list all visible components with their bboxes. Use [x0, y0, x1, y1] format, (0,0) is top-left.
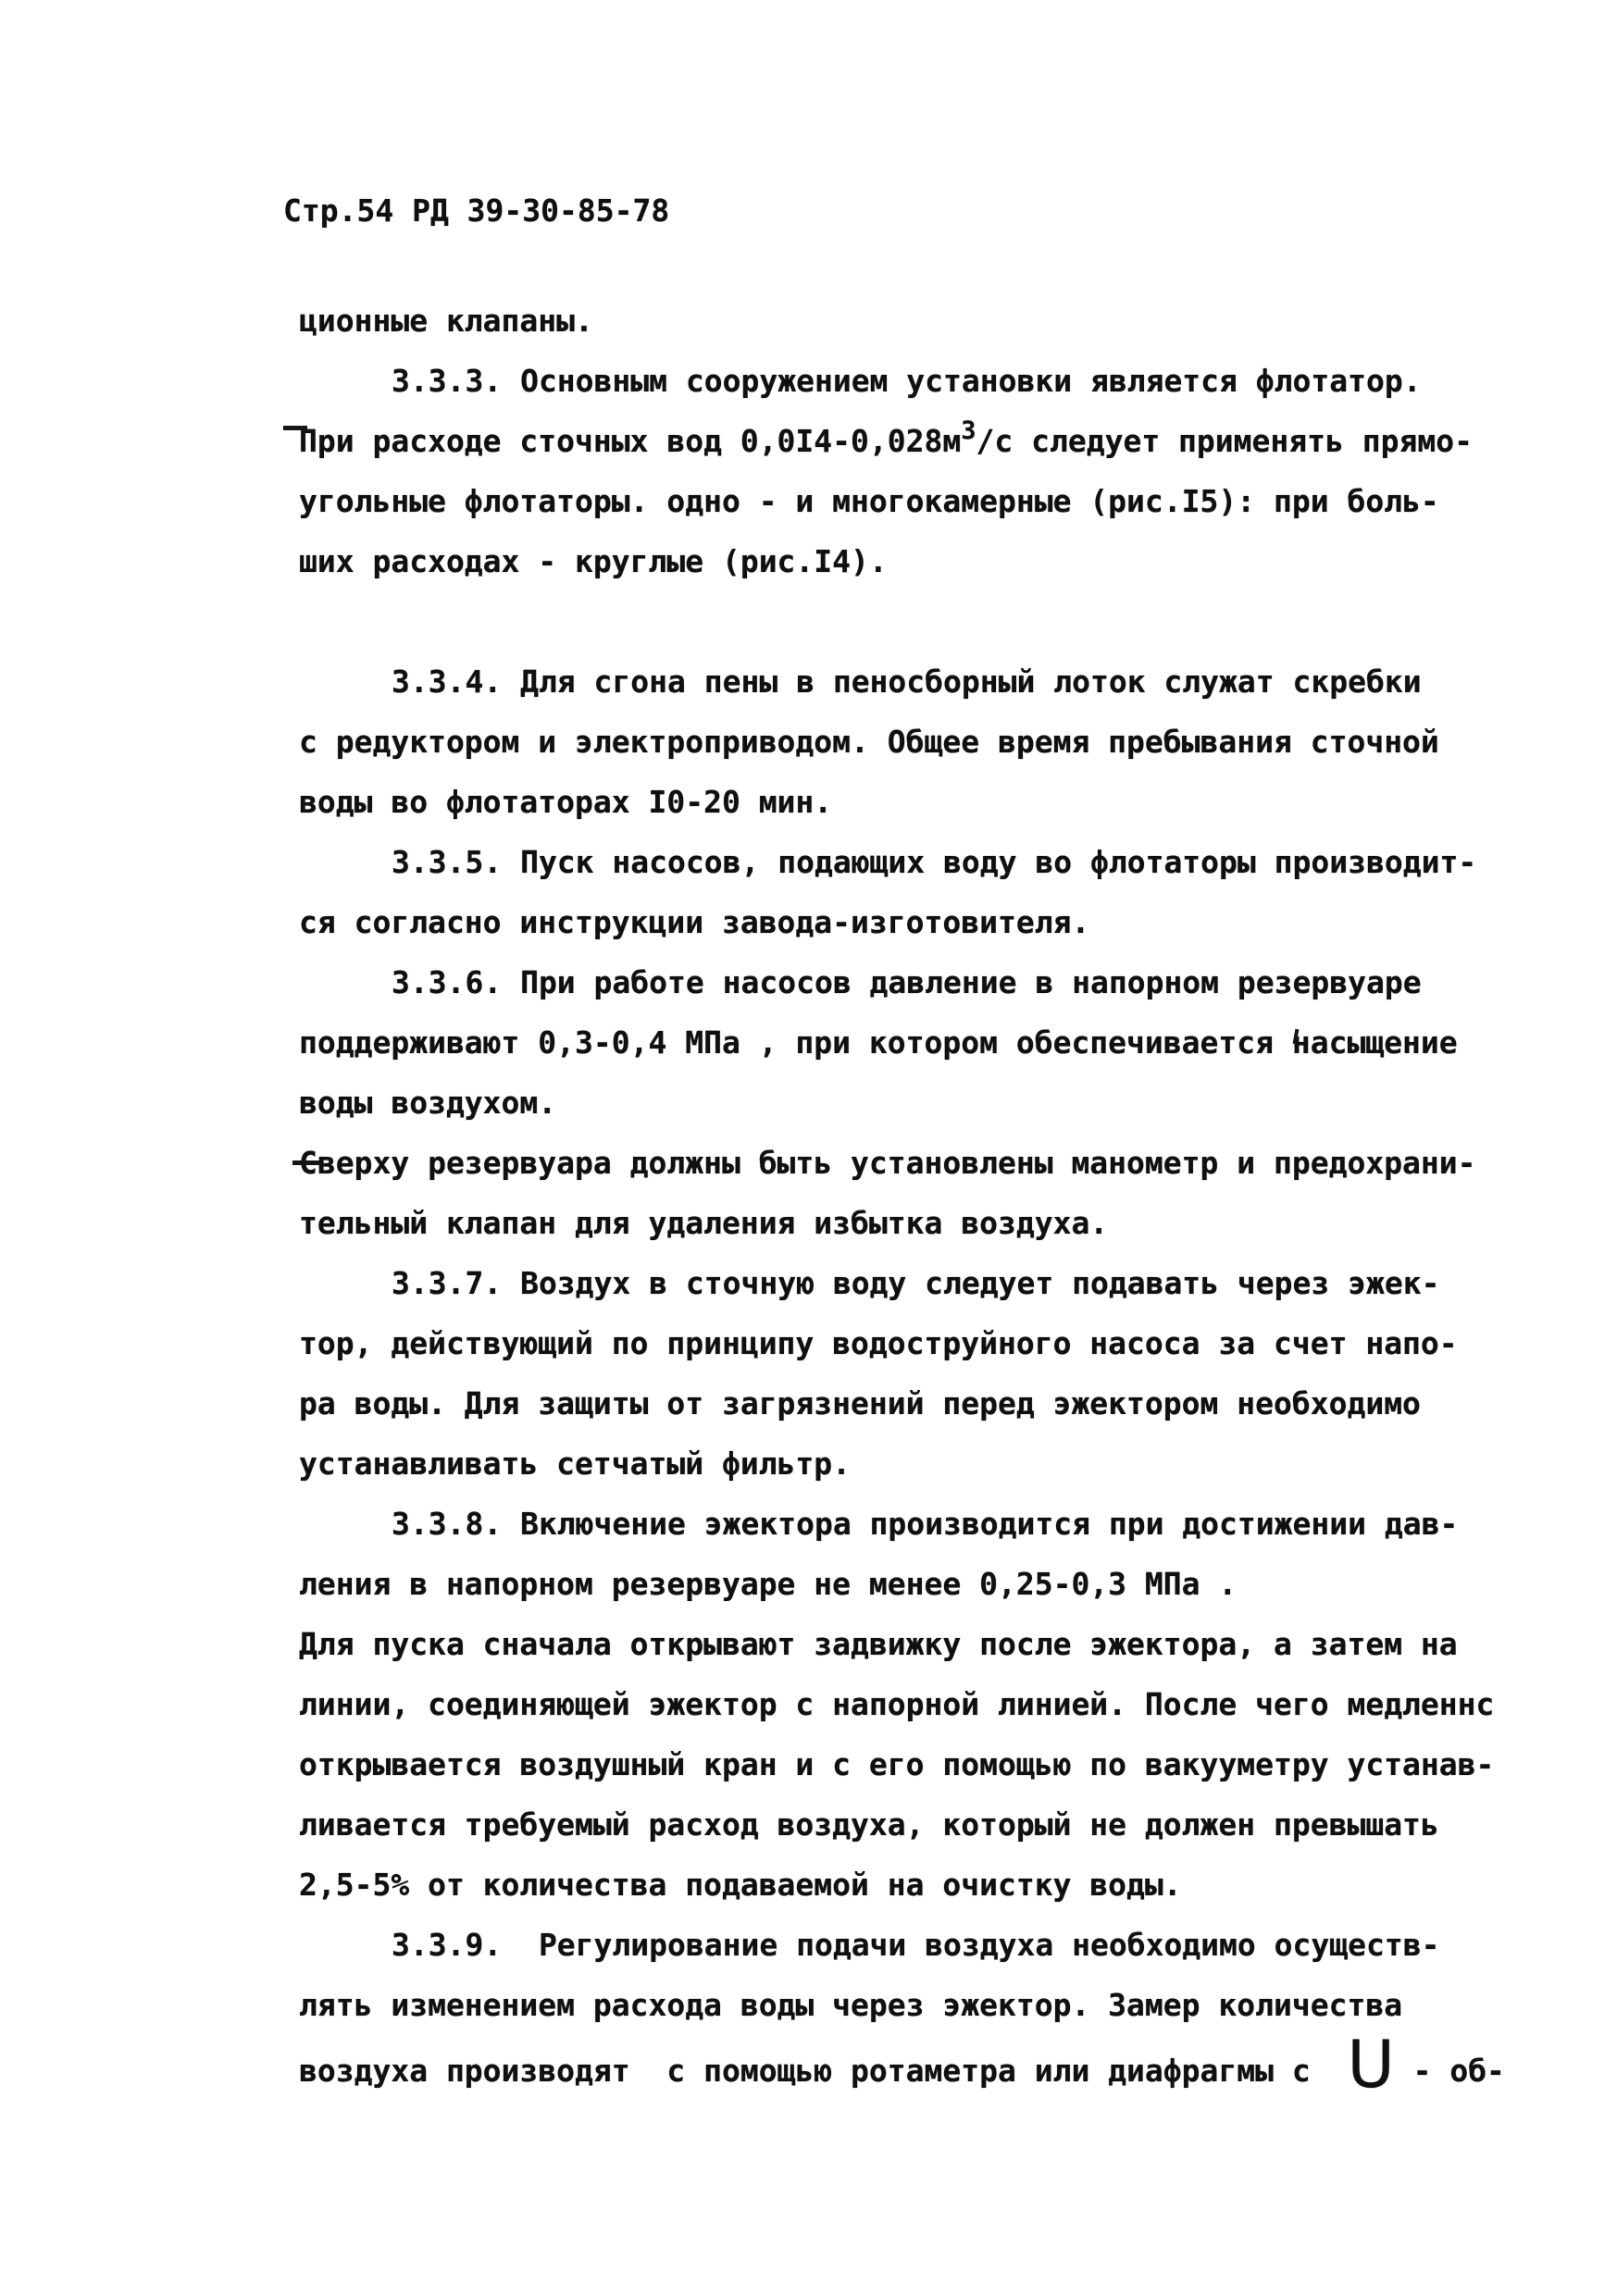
text-line: 3.3.6. При работе насосов давление в нап…: [299, 952, 1558, 1012]
text-line: 2,5-5% от количества подаваемой на очист…: [299, 1855, 1558, 1915]
text-segment: /с следует применять прямо-: [976, 423, 1473, 459]
text-line: ления в напорном резервуаре не менее 0,2…: [299, 1554, 1558, 1614]
text-line: 3.3.8. Включение эжектора производится п…: [299, 1494, 1558, 1554]
text-line: воздуха производят с помощью ротаметра и…: [299, 2041, 1558, 2101]
text-line: ра воды. Для защиты от загрязнений перед…: [299, 1373, 1558, 1433]
text-line: ливается требуемый расход воздуха, котор…: [299, 1794, 1558, 1855]
text-line: угольные флотаторы. одно - и многокамерн…: [299, 471, 1558, 531]
text-line: тельный клапан для удаления избытка возд…: [299, 1193, 1558, 1253]
text-line: поддерживают 0,3-0,4 МПа , при котором о…: [299, 1012, 1558, 1073]
page-header: Стр.54 РД 39-30-85-78: [283, 192, 669, 229]
scan-artifact: [292, 1160, 322, 1165]
text-line: линии, соединяющей эжектор с напорной ли…: [299, 1674, 1558, 1734]
text-line: устанавливать сетчатый фильтр.: [299, 1433, 1558, 1494]
scan-artifact: [283, 426, 307, 430]
text-line: ся согласно инструкции завода-изготовите…: [299, 892, 1558, 952]
text-line: с редуктором и электроприводом. Общее вр…: [299, 712, 1558, 772]
text-line: 3.3.7. Воздух в сточную воду следует под…: [299, 1253, 1558, 1313]
document-body: ционные клапаны. 3.3.3. Основным сооруже…: [299, 291, 1558, 2101]
text-segment: При расходе сточных вод 0,0I4-0,028м: [299, 423, 961, 459]
text-segment: воздуха производят с помощью ротаметра и…: [299, 2053, 1347, 2089]
text-line: 3.3.4. Для сгона пены в пеносборный лото…: [299, 652, 1558, 712]
text-line: воды воздухом.: [299, 1073, 1558, 1133]
text-line: тор, действующий по принципу водоструйно…: [299, 1313, 1558, 1373]
text-line: открывается воздушный кран и с его помощ…: [299, 1734, 1558, 1794]
text-segment: - об-: [1395, 2053, 1505, 2089]
text-line: ционные клапаны.: [299, 291, 1558, 351]
text-line: 3.3.9. Регулирование подачи воздуха необ…: [299, 1915, 1558, 1975]
text-line: При расходе сточных вод 0,0I4-0,028м3/с …: [299, 411, 1558, 471]
text-line: 3.3.3. Основным сооружением установки яв…: [299, 351, 1558, 411]
text-line: Для пуска сначала открывают задвижку пос…: [299, 1614, 1558, 1674]
text-line: 3.3.5. Пуск насосов, подающих воду во фл…: [299, 832, 1558, 892]
text-line: ших расходах - круглые (рис.I4).: [299, 531, 1558, 591]
text-line: Сверху резервуара должны быть установлен…: [299, 1133, 1558, 1193]
scanned-document-page: Стр.54 РД 39-30-85-78 ционные клапаны. 3…: [0, 0, 1617, 2296]
u-shape-symbol: U: [1347, 2027, 1394, 2103]
text-line: воды во флотаторах I0-20 мин.: [299, 772, 1558, 832]
